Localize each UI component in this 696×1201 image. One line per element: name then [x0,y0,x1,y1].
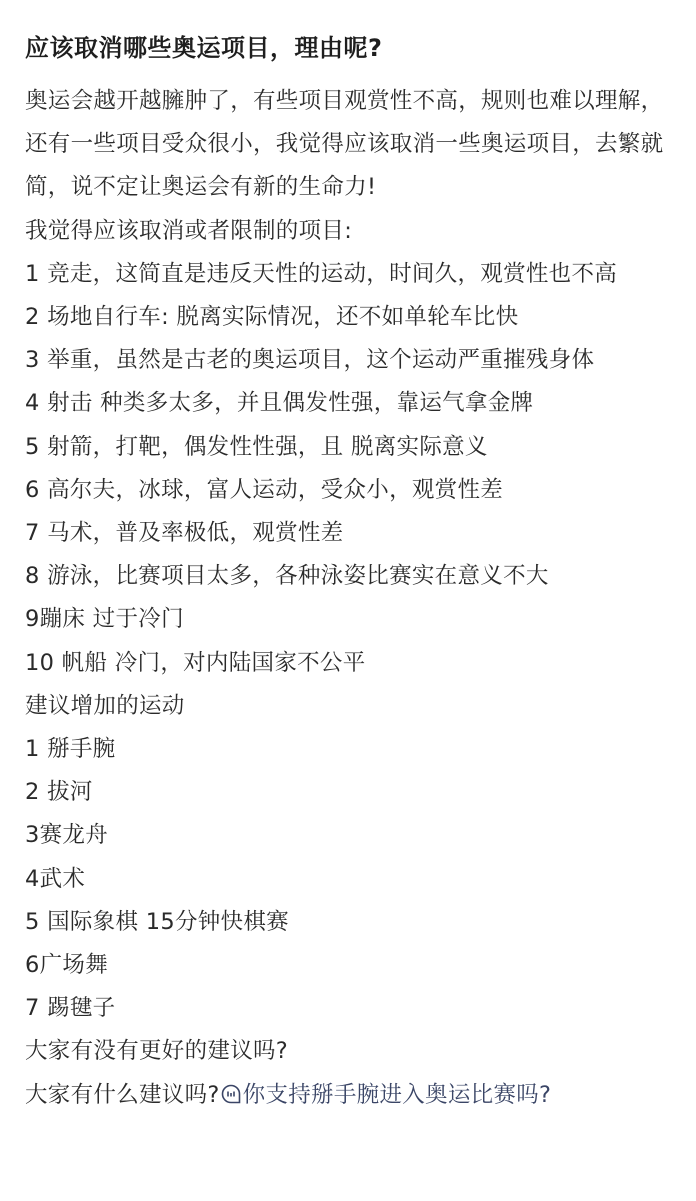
cancel-item: 7 马术，普及率极低，观赏性差 [25,512,676,555]
intro-paragraph: 奥运会越开越臃肿了，有些项目观赏性不高，规则也难以理解，还有一些项目受众很小，我… [25,80,676,210]
question-2-line: 大家有什么建议吗?你支持掰手腕进入奥运比赛吗? [25,1074,676,1117]
add-item: 3赛龙舟 [25,814,676,857]
post: 应该取消哪些奥运项目，理由呢? 奥运会越开越臃肿了，有些项目观赏性不高，规则也难… [25,26,676,1117]
cancel-item: 1 竞走，这简直是违反天性的运动，时间久，观赏性也不高 [25,253,676,296]
add-item: 1 掰手腕 [25,728,676,771]
cancel-item: 5 射箭，打靶，偶发性性强，且 脱离实际意义 [25,426,676,469]
topic-link-label[interactable]: 你支持掰手腕进入奥运比赛吗? [243,1082,552,1108]
cancel-item: 8 游泳，比赛项目太多，各种泳姿比赛实在意义不大 [25,555,676,598]
cancel-item: 9蹦床 过于冷门 [25,598,676,641]
add-item: 6广场舞 [25,944,676,987]
add-item: 7 踢毽子 [25,987,676,1030]
post-body: 奥运会越开越臃肿了，有些项目观赏性不高，规则也难以理解，还有一些项目受众很小，我… [25,80,676,1117]
cancel-heading: 我觉得应该取消或者限制的项目: [25,210,676,253]
chat-bubble-icon [220,1083,242,1105]
add-heading: 建议增加的运动 [25,685,676,728]
add-item: 5 国际象棋 15分钟快棋赛 [25,901,676,944]
cancel-item: 2 场地自行车: 脱离实际情况，还不如单轮车比快 [25,296,676,339]
post-title: 应该取消哪些奥运项目，理由呢? [25,26,676,70]
question-1: 大家有没有更好的建议吗? [25,1030,676,1073]
topic-link[interactable]: 你支持掰手腕进入奥运比赛吗? [220,1082,552,1108]
question-2: 大家有什么建议吗? [25,1082,220,1108]
cancel-item: 4 射击 种类多太多，并且偶发性强，靠运气拿金牌 [25,382,676,425]
cancel-item: 3 举重，虽然是古老的奥运项目，这个运动严重摧残身体 [25,339,676,382]
cancel-item: 6 高尔夫，冰球，富人运动，受众小，观赏性差 [25,469,676,512]
add-item: 4武术 [25,858,676,901]
add-item: 2 拔河 [25,771,676,814]
cancel-item: 10 帆船 冷门，对内陆国家不公平 [25,642,676,685]
